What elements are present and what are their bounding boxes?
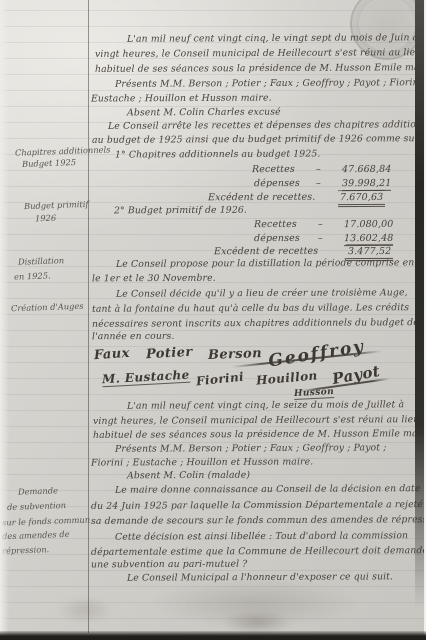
figure-dash: – xyxy=(318,233,323,244)
figure-label: Recettes xyxy=(254,219,297,230)
handwritten-line: une subvention au pari-mutuel ? xyxy=(91,559,247,571)
margin-note-line: 1926 xyxy=(35,213,56,224)
handwritten-line: habituel de ses séances sous la présiden… xyxy=(95,62,426,75)
handwritten-line: vingt heures, le Conseil municipal de He… xyxy=(95,47,421,60)
handwritten-line: Le maire donne connaissance au Conseil d… xyxy=(115,483,421,496)
figure-value: 17.080,00 xyxy=(344,219,393,230)
figure-label: Excédent de recettes xyxy=(214,246,318,258)
signature: Berson xyxy=(208,346,262,363)
handwritten-line: départementale estime que la Commune de … xyxy=(91,545,426,558)
handwritten-line: l'année en cours. xyxy=(92,331,175,342)
budget-1925-heading: 1° Chapitres additionnels au budget 1925… xyxy=(115,148,321,160)
budget-1926-heading: 2° Budget primitif de 1926. xyxy=(114,205,247,217)
signature: M. Eustache xyxy=(102,368,190,388)
paper-stain xyxy=(58,596,113,624)
handwritten-line: Fiorini ; Eustache ; Houillon et Husson … xyxy=(91,456,313,468)
handwritten-line: Le Conseil arrête les recettes et dépens… xyxy=(108,119,426,132)
photo-edge-bottom xyxy=(0,631,426,640)
handwritten-line: Le Conseil décide qu'il y a lieu de crée… xyxy=(116,287,408,300)
margin-note-line: Demande xyxy=(18,485,58,496)
photo-edge-right xyxy=(415,0,424,608)
handwritten-line: nécessaires seront inscrits aux chapitre… xyxy=(92,317,419,330)
handwritten-line: Le Conseil propose pour la distillation … xyxy=(116,257,426,270)
register-page-photo: Chapitres additionnels Budget 1925 Budge… xyxy=(0,0,426,640)
margin-note-line: en 1925. xyxy=(14,270,51,281)
handwritten-line: habituel de ses séances sous la présiden… xyxy=(93,428,426,441)
margin-note-line: Chapitres additionnels xyxy=(15,144,111,157)
figure-value: 47.668,84 xyxy=(342,164,391,175)
handwritten-line: Présents M.M. Berson ; Potier ; Faux ; G… xyxy=(115,442,387,454)
signature: Potier xyxy=(146,345,193,362)
handwritten-line: du 24 Juin 1925 par laquelle la Commissi… xyxy=(91,499,423,512)
figure-dash: – xyxy=(316,178,321,189)
figure-dash: – xyxy=(318,219,323,230)
margin-note-line: de subvention xyxy=(7,500,66,512)
handwritten-line: vingt heures, le Conseil municipal de He… xyxy=(93,414,419,427)
photo-edge-left xyxy=(0,0,9,640)
signature: Houillon xyxy=(256,368,319,387)
handwritten-line: Absent M. Colin (malade) xyxy=(127,470,250,482)
margin-note-line: Distillation xyxy=(18,255,64,267)
figure-label: dépenses xyxy=(254,178,300,189)
signature: Faux xyxy=(94,346,131,363)
figure-dash: – xyxy=(316,164,321,175)
handwritten-line: Absent M. Colin Charles excusé xyxy=(127,107,281,119)
handwritten-line: Le Conseil Municipal a l'honneur d'expos… xyxy=(127,571,393,583)
figure-value: 7.670,63 xyxy=(338,190,385,207)
handwritten-line: Cette décision est ainsi libellée : Tout… xyxy=(115,530,408,543)
handwritten-line: Eustache ; Houillon et Husson maire. xyxy=(91,93,272,105)
margin-note-line: des amendes de xyxy=(2,529,70,541)
figure-label: Excédent de recettes. xyxy=(208,192,315,204)
margin-note-line: Budget primitif xyxy=(24,199,89,211)
margin-note-line: sur le fonds commun xyxy=(2,514,90,527)
handwritten-line: sa demande de secours sur le fonds commu… xyxy=(91,514,426,527)
margin-note-line: Budget 1925 xyxy=(22,157,76,169)
margin-rule-line xyxy=(88,0,89,633)
handwritten-line: au budget de 1925 ainsi que du budget pr… xyxy=(92,133,426,146)
figure-label: Recettes xyxy=(252,164,295,175)
signature: Fiorini xyxy=(195,370,244,389)
handwritten-line: le 1er et le 30 Novembre. xyxy=(92,273,216,285)
handwritten-line: tant à la fontaine du haut qu'à celle du… xyxy=(92,302,409,315)
handwritten-line: Présents M.M. Berson ; Potier ; Faux ; G… xyxy=(115,77,426,90)
paper-stain xyxy=(150,578,360,628)
handwritten-line: L'an mil neuf cent vingt cinq, le seize … xyxy=(127,399,404,411)
margin-note-line: Création d'Auges xyxy=(11,301,84,314)
figure-label: dépenses xyxy=(254,233,300,244)
handwritten-line: L'an mil neuf cent vingt cinq, le vingt … xyxy=(127,32,418,45)
